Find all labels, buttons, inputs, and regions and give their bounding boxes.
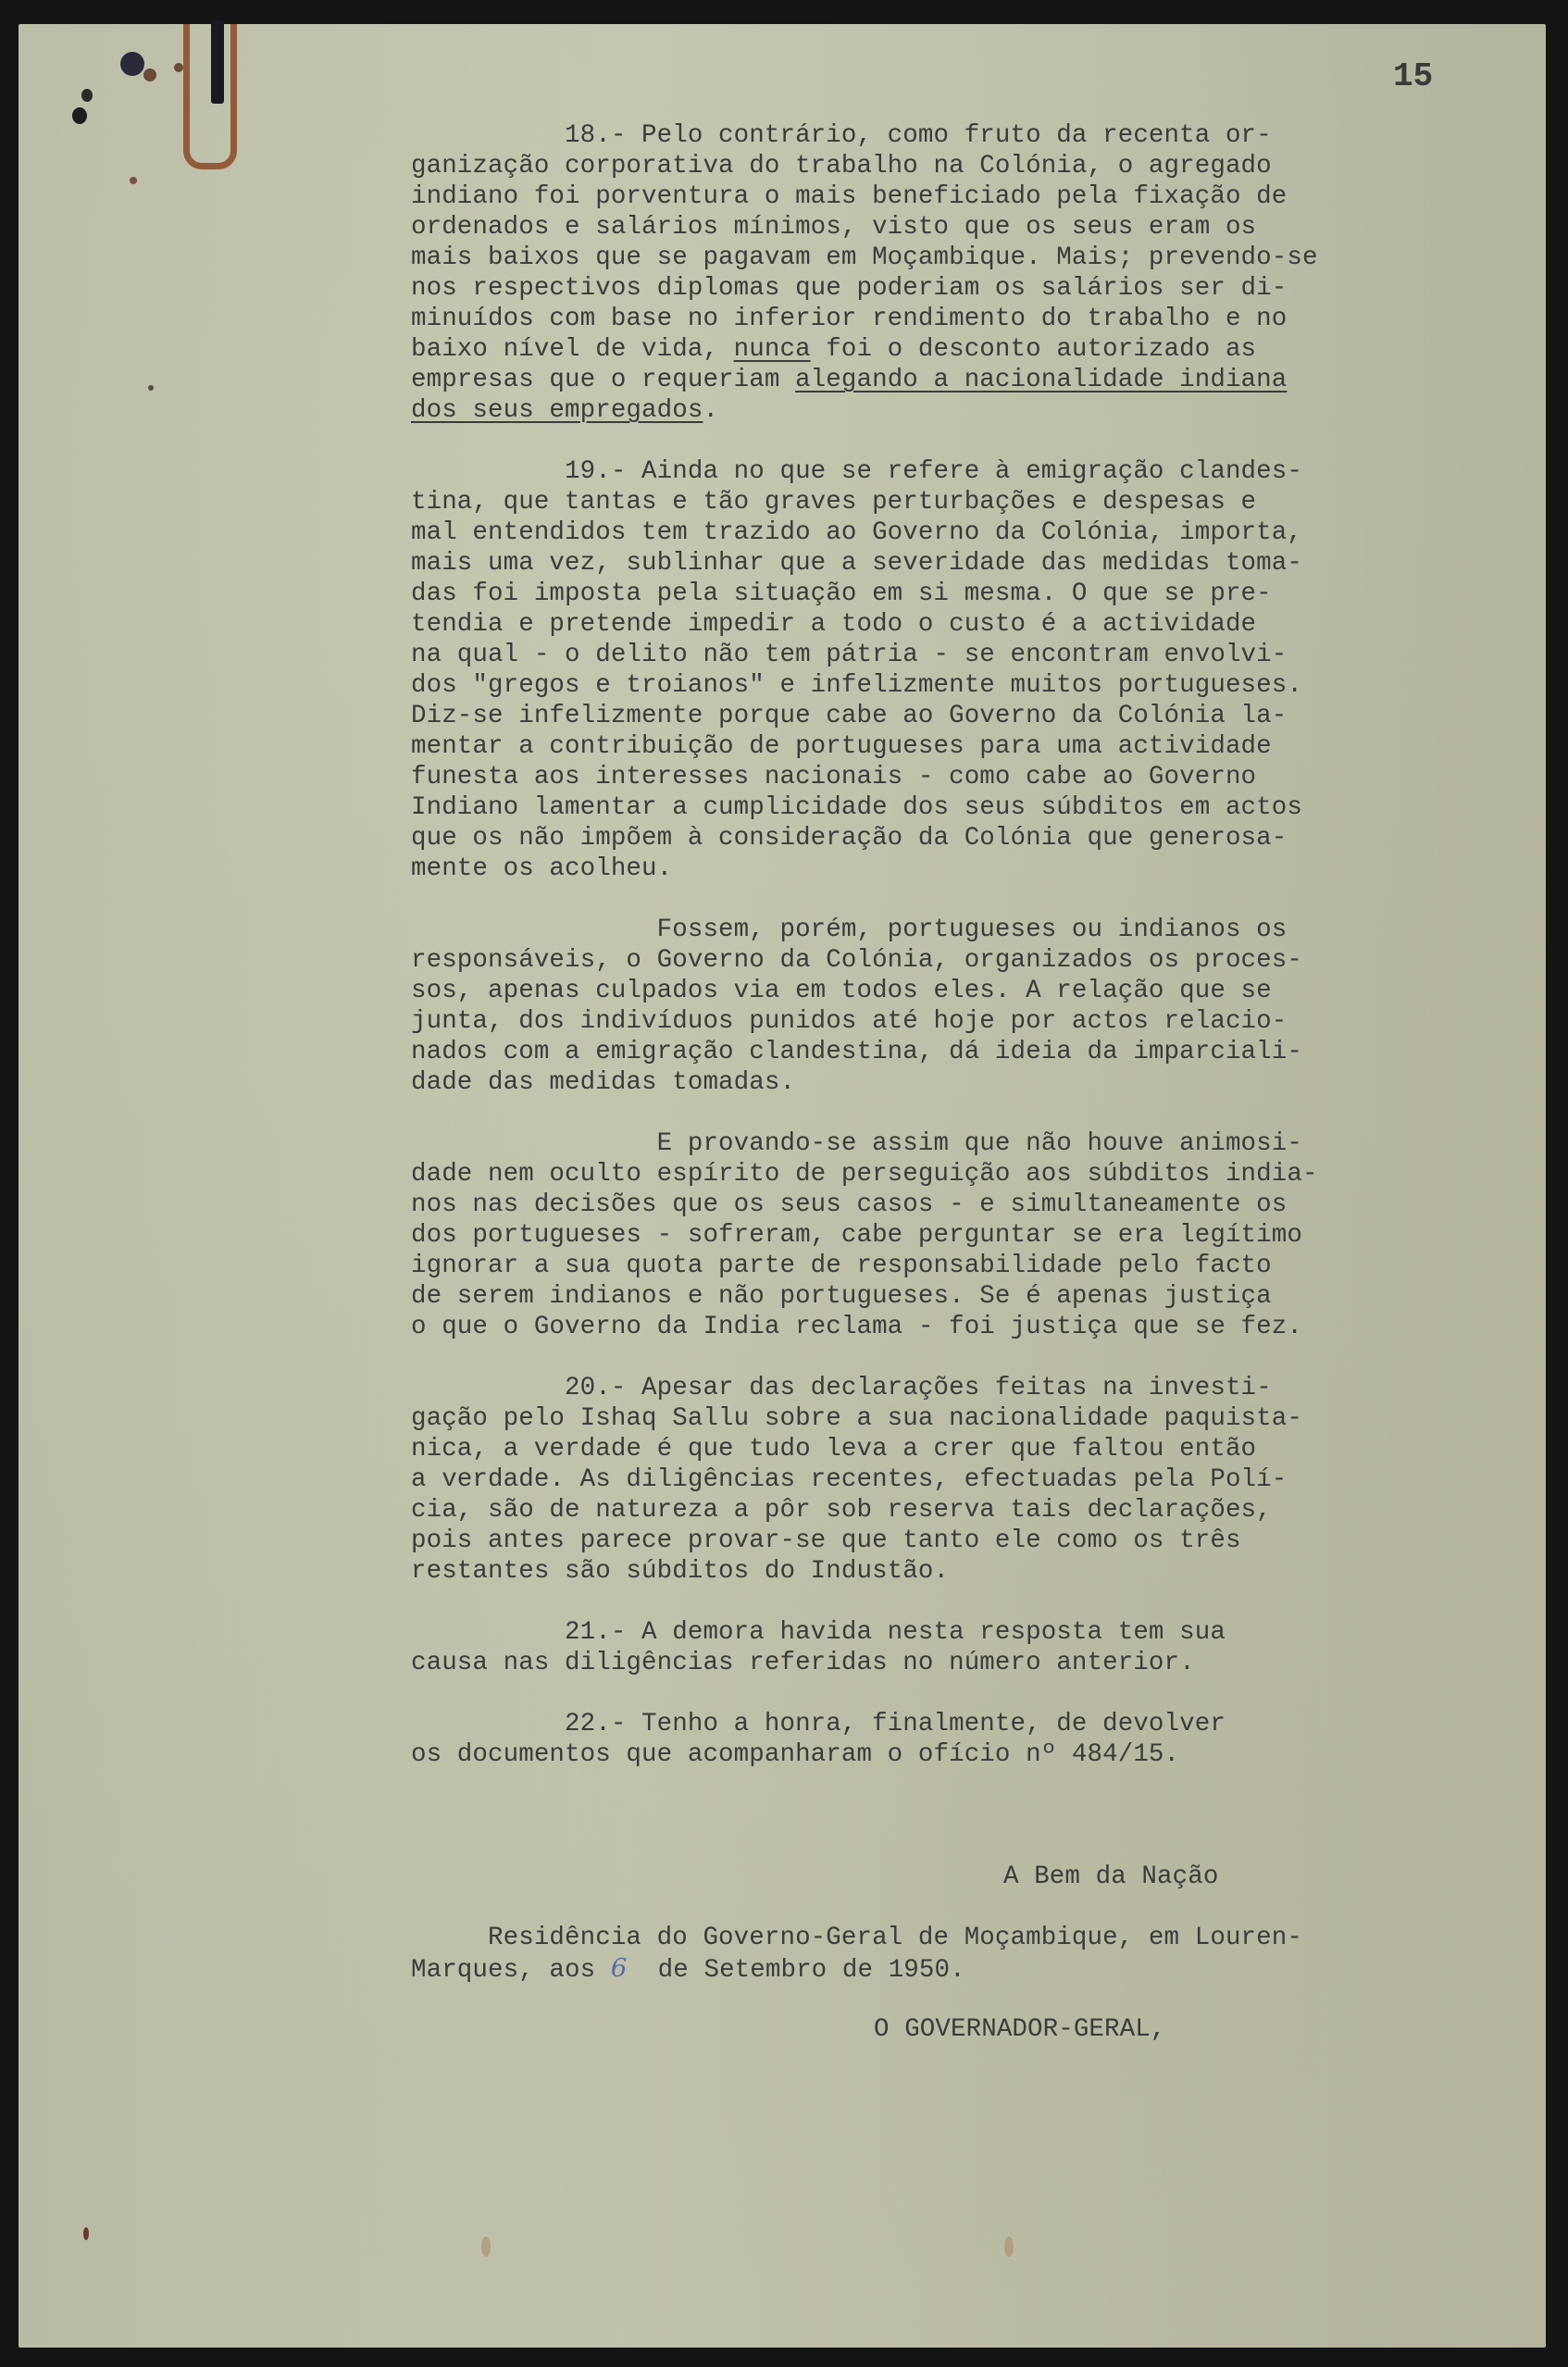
- rust-stain: [481, 2236, 491, 2257]
- text-line: ganização corporativa do trabalho na Col…: [411, 151, 1536, 181]
- text-line: 19.- Ainda no que se refere à emigração …: [411, 456, 1536, 487]
- signatory: O GOVERNADOR-GERAL,: [411, 2014, 1536, 2045]
- text-line: que os não impõem à consideração da Coló…: [411, 823, 1536, 853]
- text-line: dos portugueses - sofreram, cabe pergunt…: [411, 1220, 1536, 1251]
- text-line: mentar a contribuição de portugueses par…: [411, 731, 1536, 762]
- text-line: E provando-se assim que não houve animos…: [411, 1128, 1536, 1159]
- text-line: causa nas diligências referidas no númer…: [411, 1648, 1536, 1678]
- paragraph-20: 20.- Apesar das declarações feitas na in…: [411, 1373, 1536, 1587]
- rust-stain: [130, 177, 137, 184]
- paperclip-shadow: [211, 20, 224, 104]
- salutation: A Bem da Nação: [411, 1862, 1536, 1892]
- rust-stain: [1004, 2236, 1014, 2257]
- text-line: dos seus empregados.: [411, 395, 1536, 426]
- text-segment: de Setembro de 1950.: [627, 1956, 964, 1985]
- text-line: 20.- Apesar das declarações feitas na in…: [411, 1373, 1536, 1403]
- text-line: funesta aos interesses nacionais - como …: [411, 762, 1536, 792]
- text-segment: foi o desconto autorizado as: [811, 335, 1256, 364]
- document-body: 18.- Pelo contrário, como fruto da recen…: [411, 120, 1536, 2045]
- text-line: de serem indianos e não portugueses. Se …: [411, 1281, 1536, 1312]
- underlined-text: nunca: [734, 335, 811, 364]
- ink-stain: [174, 63, 183, 72]
- text-line: responsáveis, o Governo da Colónia, orga…: [411, 945, 1536, 976]
- text-line: das foi imposta pela situação em si mesm…: [411, 579, 1536, 609]
- text-line: baixo nível de vida, nunca foi o descont…: [411, 334, 1536, 365]
- ink-stain: [143, 69, 156, 81]
- paragraph-22: 22.- Tenho a honra, finalmente, de devol…: [411, 1709, 1536, 1770]
- text-line: nica, a verdade é que tudo leva a crer q…: [411, 1434, 1536, 1464]
- ink-stain: [81, 89, 93, 102]
- text-line: tina, que tantas e tão graves perturbaçõ…: [411, 487, 1536, 517]
- text-segment: .: [703, 396, 718, 425]
- text-line: 18.- Pelo contrário, como fruto da recen…: [411, 120, 1536, 151]
- text-line: gação pelo Ishaq Sallu sobre a sua nacio…: [411, 1403, 1536, 1434]
- underlined-text: dos seus empregados: [411, 396, 703, 425]
- date-line: Marques, aos 6 de Setembro de 1950.: [411, 1953, 1536, 1984]
- text-line: mais uma vez, sublinhar que a severidade…: [411, 548, 1536, 579]
- paragraph-21: 21.- A demora havida nesta resposta tem …: [411, 1617, 1536, 1678]
- paragraph-19: 19.- Ainda no que se refere à emigração …: [411, 456, 1536, 884]
- text-line: ignorar a sua quota parte de responsabil…: [411, 1251, 1536, 1281]
- text-line: sos, apenas culpados via em todos eles. …: [411, 976, 1536, 1006]
- paperclip-rust-mark: [183, 24, 237, 169]
- underlined-text: alegando a nacionalidade indiana: [795, 366, 1287, 394]
- closing: A Bem da Nação Residência do Governo-Ger…: [411, 1862, 1536, 2045]
- text-line: indiano foi porventura o mais beneficiad…: [411, 181, 1536, 212]
- text-line: o que o Governo da India reclama - foi j…: [411, 1312, 1536, 1342]
- text-line: dade das medidas tomadas.: [411, 1067, 1536, 1098]
- text-line: empresas que o requeriam alegando a naci…: [411, 365, 1536, 395]
- text-line: 21.- A demora havida nesta resposta tem …: [411, 1617, 1536, 1648]
- text-line: a verdade. As diligências recentes, efec…: [411, 1464, 1536, 1495]
- text-line: nos respectivos diplomas que poderiam os…: [411, 273, 1536, 304]
- rust-stain: [83, 2227, 89, 2240]
- text-line: minuídos com base no inferior rendimento…: [411, 304, 1536, 334]
- text-line: pois antes parece provar-se que tanto el…: [411, 1526, 1536, 1556]
- text-line: tendia e pretende impedir a todo o custo…: [411, 609, 1536, 640]
- handwritten-day: 6: [611, 1953, 628, 1983]
- text-line: cia, são de natureza a pôr sob reserva t…: [411, 1495, 1536, 1526]
- text-line: junta, dos indivíduos punidos até hoje p…: [411, 1006, 1536, 1037]
- text-line: dos "gregos e troianos" e infelizmente m…: [411, 670, 1536, 701]
- text-line: restantes são súbditos do Industão.: [411, 1556, 1536, 1587]
- paragraph-19-continued-1: Fossem, porém, portugueses ou indianos o…: [411, 915, 1536, 1098]
- text-line: mal entendidos tem trazido ao Governo da…: [411, 517, 1536, 548]
- rust-stain: [148, 385, 154, 391]
- paragraph-18: 18.- Pelo contrário, como fruto da recen…: [411, 120, 1536, 426]
- text-line: na qual - o delito não tem pátria - se e…: [411, 640, 1536, 670]
- text-line: mais baixos que se pagavam em Moçambique…: [411, 243, 1536, 273]
- ink-stain: [120, 52, 144, 76]
- text-line: 22.- Tenho a honra, finalmente, de devol…: [411, 1709, 1536, 1739]
- text-segment: empresas que o requeriam: [411, 366, 795, 394]
- text-line: Fossem, porém, portugueses ou indianos o…: [411, 915, 1536, 945]
- paragraph-19-continued-2: E provando-se assim que não houve animos…: [411, 1128, 1536, 1342]
- text-line: nados com a emigração clandestina, dá id…: [411, 1037, 1536, 1067]
- text-line: os documentos que acompanharam o ofício …: [411, 1739, 1536, 1770]
- text-segment: baixo nível de vida,: [411, 335, 734, 364]
- residence-line: Residência do Governo-Geral de Moçambiqu…: [411, 1923, 1536, 1953]
- text-line: Indiano lamentar a cumplicidade dos seus…: [411, 792, 1536, 823]
- ink-stain: [72, 107, 87, 124]
- text-line: dade nem oculto espírito de perseguição …: [411, 1159, 1536, 1190]
- page-number: 15: [1393, 57, 1433, 95]
- text-line: mente os acolheu.: [411, 853, 1536, 884]
- text-line: Diz-se infelizmente porque cabe ao Gover…: [411, 701, 1536, 731]
- text-line: ordenados e salários mínimos, visto que …: [411, 212, 1536, 243]
- text-segment: Marques, aos: [411, 1956, 611, 1985]
- text-line: nos nas decisões que os seus casos - e s…: [411, 1190, 1536, 1220]
